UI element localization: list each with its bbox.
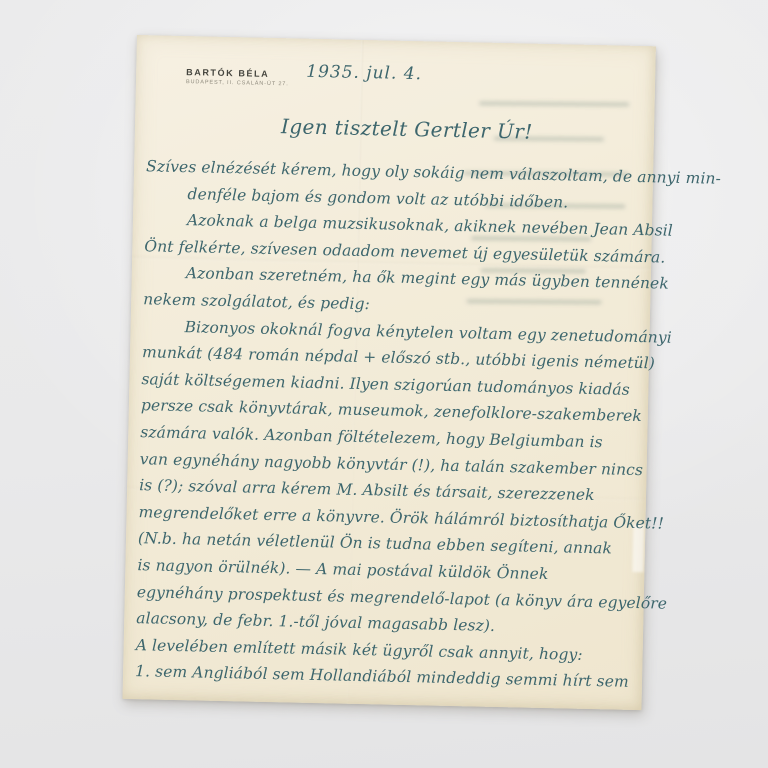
letter-paper: BARTÓK BÉLA BUDAPEST, II. CSALÁN-ÚT 27. … <box>123 35 656 710</box>
letterhead-name: BARTÓK BÉLA <box>186 67 289 80</box>
letterhead-address: BUDAPEST, II. CSALÁN-ÚT 27. <box>186 79 289 88</box>
letter-body: Szíves elnézését kérem, hogy oly sokáig … <box>131 157 648 700</box>
bleed-mark <box>479 101 629 106</box>
letterhead: BARTÓK BÉLA BUDAPEST, II. CSALÁN-ÚT 27. <box>186 67 289 88</box>
photo-backdrop: BARTÓK BÉLA BUDAPEST, II. CSALÁN-ÚT 27. … <box>0 0 768 768</box>
letter-salutation: Igen tisztelt Gertler Úr! <box>281 114 533 143</box>
letter-date: 1935. jul. 4. <box>306 62 422 85</box>
